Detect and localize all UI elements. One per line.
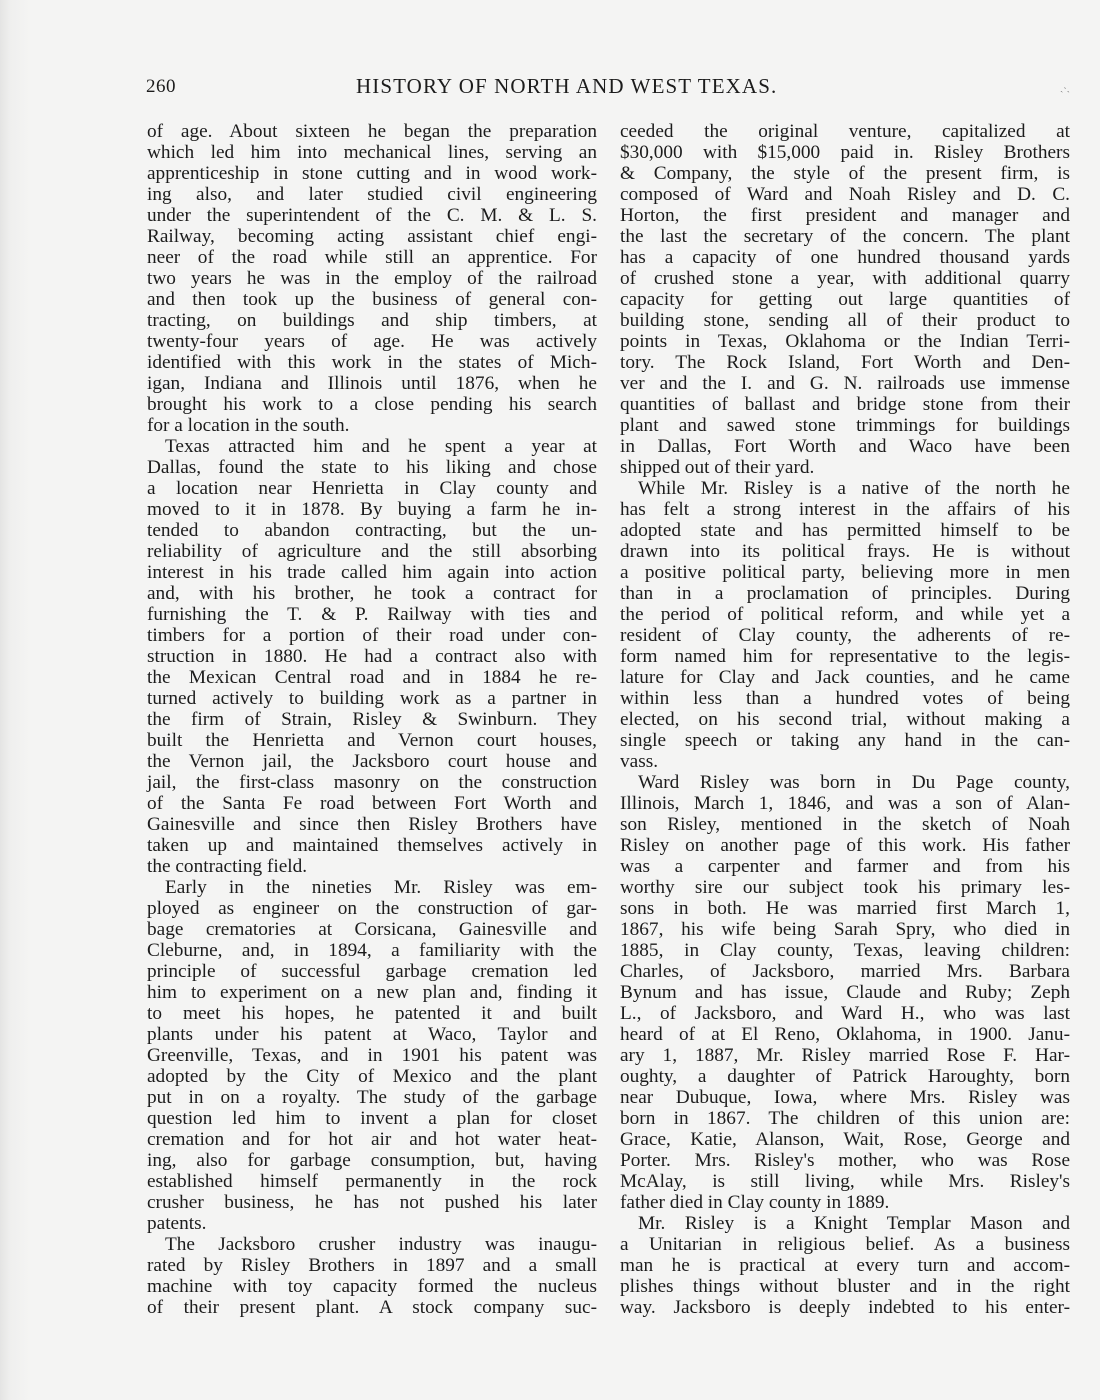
text-line: apprenticeship in stone cutting and in w… <box>147 163 597 184</box>
text-line: identified with this work in the states … <box>147 352 597 373</box>
text-line: son Risley, mentioned in the sketch of N… <box>620 814 1070 835</box>
text-line: furnishing the T. & P. Railway with ties… <box>147 604 597 625</box>
page-number: 260 <box>146 76 176 98</box>
text-line: machine with toy capacity formed the nuc… <box>147 1276 597 1297</box>
text-line: way. Jacksboro is deeply indebted to his… <box>620 1297 1070 1318</box>
text-line: lature for Clay and Jack counties, and h… <box>620 667 1070 688</box>
text-line: adopted state and has permitted himself … <box>620 520 1070 541</box>
text-line: of crushed stone a year, with additional… <box>620 268 1070 289</box>
text-line: Gainesville and since then Risley Brothe… <box>147 814 597 835</box>
text-line: father died in Clay county in 1889. <box>620 1192 1070 1213</box>
text-line: heard of at El Reno, Oklahoma, in 1900. … <box>620 1024 1070 1045</box>
text-line: Dallas, found the state to his liking an… <box>147 457 597 478</box>
text-line: single speech or taking any hand in the … <box>620 730 1070 751</box>
text-line: the contracting field. <box>147 856 597 877</box>
text-line: plishes things without bluster and in th… <box>620 1276 1070 1297</box>
text-line: Greenville, Texas, and in 1901 his paten… <box>147 1045 597 1066</box>
text-line: McAlay, is still living, while Mrs. Risl… <box>620 1171 1070 1192</box>
text-line: two years he was in the employ of the ra… <box>147 268 597 289</box>
text-line: Ward Risley was born in Du Page county, <box>620 772 1070 793</box>
text-line: the period of political reform, and whil… <box>620 604 1070 625</box>
text-line: a Unitarian in religious belief. As a bu… <box>620 1234 1070 1255</box>
text-line: has felt a strong interest in the affair… <box>620 499 1070 520</box>
text-line: While Mr. Risley is a native of the nort… <box>620 478 1070 499</box>
text-line: principle of successful garbage crematio… <box>147 961 597 982</box>
text-line: capacity for getting out large quantitie… <box>620 289 1070 310</box>
text-line: bage crematories at Corsicana, Gainesvil… <box>147 919 597 940</box>
text-line: reliability of agriculture and the still… <box>147 541 597 562</box>
text-line: 1885, in Clay county, Texas, leaving chi… <box>620 940 1070 961</box>
text-line: building stone, sending all of their pro… <box>620 310 1070 331</box>
text-line: Horton, the first president and manager … <box>620 205 1070 226</box>
text-line: under the superintendent of the C. M. & … <box>147 205 597 226</box>
text-line: within less than a hundred votes of bein… <box>620 688 1070 709</box>
text-line: Porter. Mrs. Risley's mother, who was Ro… <box>620 1150 1070 1171</box>
text-line: plants under his patent at Waco, Taylor … <box>147 1024 597 1045</box>
text-line: points in Texas, Oklahoma or the Indian … <box>620 331 1070 352</box>
text-line: was a carpenter and farmer and from his <box>620 856 1070 877</box>
text-line: of their present plant. A stock company … <box>147 1297 597 1318</box>
text-line: Railway, becoming acting assistant chief… <box>147 226 597 247</box>
text-line: Risley on another page of this work. His… <box>620 835 1070 856</box>
text-line: Cleburne, and, in 1894, a familiarity wi… <box>147 940 597 961</box>
text-line: for a location in the south. <box>147 415 597 436</box>
text-line: ployed as engineer on the construction o… <box>147 898 597 919</box>
text-line: drawn into its political frays. He is wi… <box>620 541 1070 562</box>
text-line: in Dallas, Fort Worth and Waco have been <box>620 436 1070 457</box>
text-line: and then took up the business of general… <box>147 289 597 310</box>
text-line: built the Henrietta and Vernon court hou… <box>147 730 597 751</box>
text-line: the firm of Strain, Risley & Swinburn. T… <box>147 709 597 730</box>
text-line: ing, also for garbage consumption, but, … <box>147 1150 597 1171</box>
scan-artifact-mark: ˏ˴ˏ <box>1060 82 1070 93</box>
text-line: put in on a royalty. The study of the ga… <box>147 1087 597 1108</box>
text-column-right: ceeded the original venture, capitalized… <box>620 121 1070 1318</box>
text-line: shipped out of their yard. <box>620 457 1070 478</box>
text-line: jail, the first-class masonry on the con… <box>147 772 597 793</box>
text-line: struction in 1880. He had a contract als… <box>147 646 597 667</box>
text-line: the Vernon jail, the Jacksboro court hou… <box>147 751 597 772</box>
text-line: him to experiment on a new plan and, fin… <box>147 982 597 1003</box>
text-line: Bynum and has issue, Claude and Ruby; Ze… <box>620 982 1070 1003</box>
running-title: HISTORY OF NORTH AND WEST TEXAS. <box>356 74 777 99</box>
page-header: 260 HISTORY OF NORTH AND WEST TEXAS. <box>146 72 866 102</box>
text-line: ing also, and later studied civil engine… <box>147 184 597 205</box>
text-line: established himself permanently in the r… <box>147 1171 597 1192</box>
text-column-left: of age. About sixteen he began the prepa… <box>147 121 597 1318</box>
text-line: has a capacity of one hundred thousand y… <box>620 247 1070 268</box>
text-line: the last the secretary of the concern. T… <box>620 226 1070 247</box>
text-line: Charles, of Jacksboro, married Mrs. Barb… <box>620 961 1070 982</box>
text-line: cremation and for hot air and hot water … <box>147 1129 597 1150</box>
text-line: the Mexican Central road and in 1884 he … <box>147 667 597 688</box>
text-line: rated by Risley Brothers in 1897 and a s… <box>147 1255 597 1276</box>
text-line: Texas attracted him and he spent a year … <box>147 436 597 457</box>
text-line: L., of Jacksboro, and Ward H., who was l… <box>620 1003 1070 1024</box>
scanned-page: 260 HISTORY OF NORTH AND WEST TEXAS. ˏ˴ˏ… <box>0 0 1100 1400</box>
text-line: 1867, his wife being Sarah Spry, who die… <box>620 919 1070 940</box>
text-line: plant and sawed stone trimmings for buil… <box>620 415 1070 436</box>
text-line: oughty, a daughter of Patrick Haroughty,… <box>620 1066 1070 1087</box>
text-line: crusher business, he has not pushed his … <box>147 1192 597 1213</box>
text-line: form named him for representative to the… <box>620 646 1070 667</box>
text-line: adopted by the City of Mexico and the pl… <box>147 1066 597 1087</box>
text-line: igan, Indiana and Illinois until 1876, w… <box>147 373 597 394</box>
text-line: sons in both. He was married first March… <box>620 898 1070 919</box>
text-line: Mr. Risley is a Knight Templar Mason and <box>620 1213 1070 1234</box>
text-line: timbers for a portion of their road unde… <box>147 625 597 646</box>
text-line: patents. <box>147 1213 597 1234</box>
text-line: Illinois, March 1, 1846, and was a son o… <box>620 793 1070 814</box>
text-line: a location near Henrietta in Clay county… <box>147 478 597 499</box>
text-line: neer of the road while still an apprenti… <box>147 247 597 268</box>
text-line: composed of Ward and Noah Risley and D. … <box>620 184 1070 205</box>
text-line: turned actively to building work as a pa… <box>147 688 597 709</box>
text-line: than in a proclamation of principles. Du… <box>620 583 1070 604</box>
text-line: Early in the nineties Mr. Risley was em- <box>147 877 597 898</box>
text-line: question led him to invent a plan for cl… <box>147 1108 597 1129</box>
text-line: tory. The Rock Island, Fort Worth and De… <box>620 352 1070 373</box>
text-line: ary 1, 1887, Mr. Risley married Rose F. … <box>620 1045 1070 1066</box>
text-line: elected, on his second trial, without ma… <box>620 709 1070 730</box>
text-line: tracting, on buildings and ship timbers,… <box>147 310 597 331</box>
text-line: ceeded the original venture, capitalized… <box>620 121 1070 142</box>
text-line: $30,000 with $15,000 paid in. Risley Bro… <box>620 142 1070 163</box>
text-line: man he is practical at every turn and ac… <box>620 1255 1070 1276</box>
text-line: which led him into mechanical lines, ser… <box>147 142 597 163</box>
text-line: interest in his trade called him again i… <box>147 562 597 583</box>
text-line: worthy sire our subject took his primary… <box>620 877 1070 898</box>
text-line: twenty-four years of age. He was activel… <box>147 331 597 352</box>
text-line: Grace, Katie, Alanson, Wait, Rose, Georg… <box>620 1129 1070 1150</box>
text-line: a positive political party, believing mo… <box>620 562 1070 583</box>
text-line: of age. About sixteen he began the prepa… <box>147 121 597 142</box>
text-line: to meet his hopes, he patented it and bu… <box>147 1003 597 1024</box>
text-line: ver and the I. and G. N. railroads use i… <box>620 373 1070 394</box>
text-line: born in 1867. The children of this union… <box>620 1108 1070 1129</box>
text-line: & Company, the style of the present firm… <box>620 163 1070 184</box>
text-line: quantities of ballast and bridge stone f… <box>620 394 1070 415</box>
text-line: near Dubuque, Iowa, where Mrs. Risley wa… <box>620 1087 1070 1108</box>
text-line: taken up and maintained themselves activ… <box>147 835 597 856</box>
text-line: resident of Clay county, the adherents o… <box>620 625 1070 646</box>
text-line: brought his work to a close pending his … <box>147 394 597 415</box>
text-line: The Jacksboro crusher industry was inaug… <box>147 1234 597 1255</box>
text-line: tended to abandon contracting, but the u… <box>147 520 597 541</box>
text-line: vass. <box>620 751 1070 772</box>
text-line: of the Santa Fe road between Fort Worth … <box>147 793 597 814</box>
text-line: moved to it in 1878. By buying a farm he… <box>147 499 597 520</box>
text-line: and, with his brother, he took a contrac… <box>147 583 597 604</box>
